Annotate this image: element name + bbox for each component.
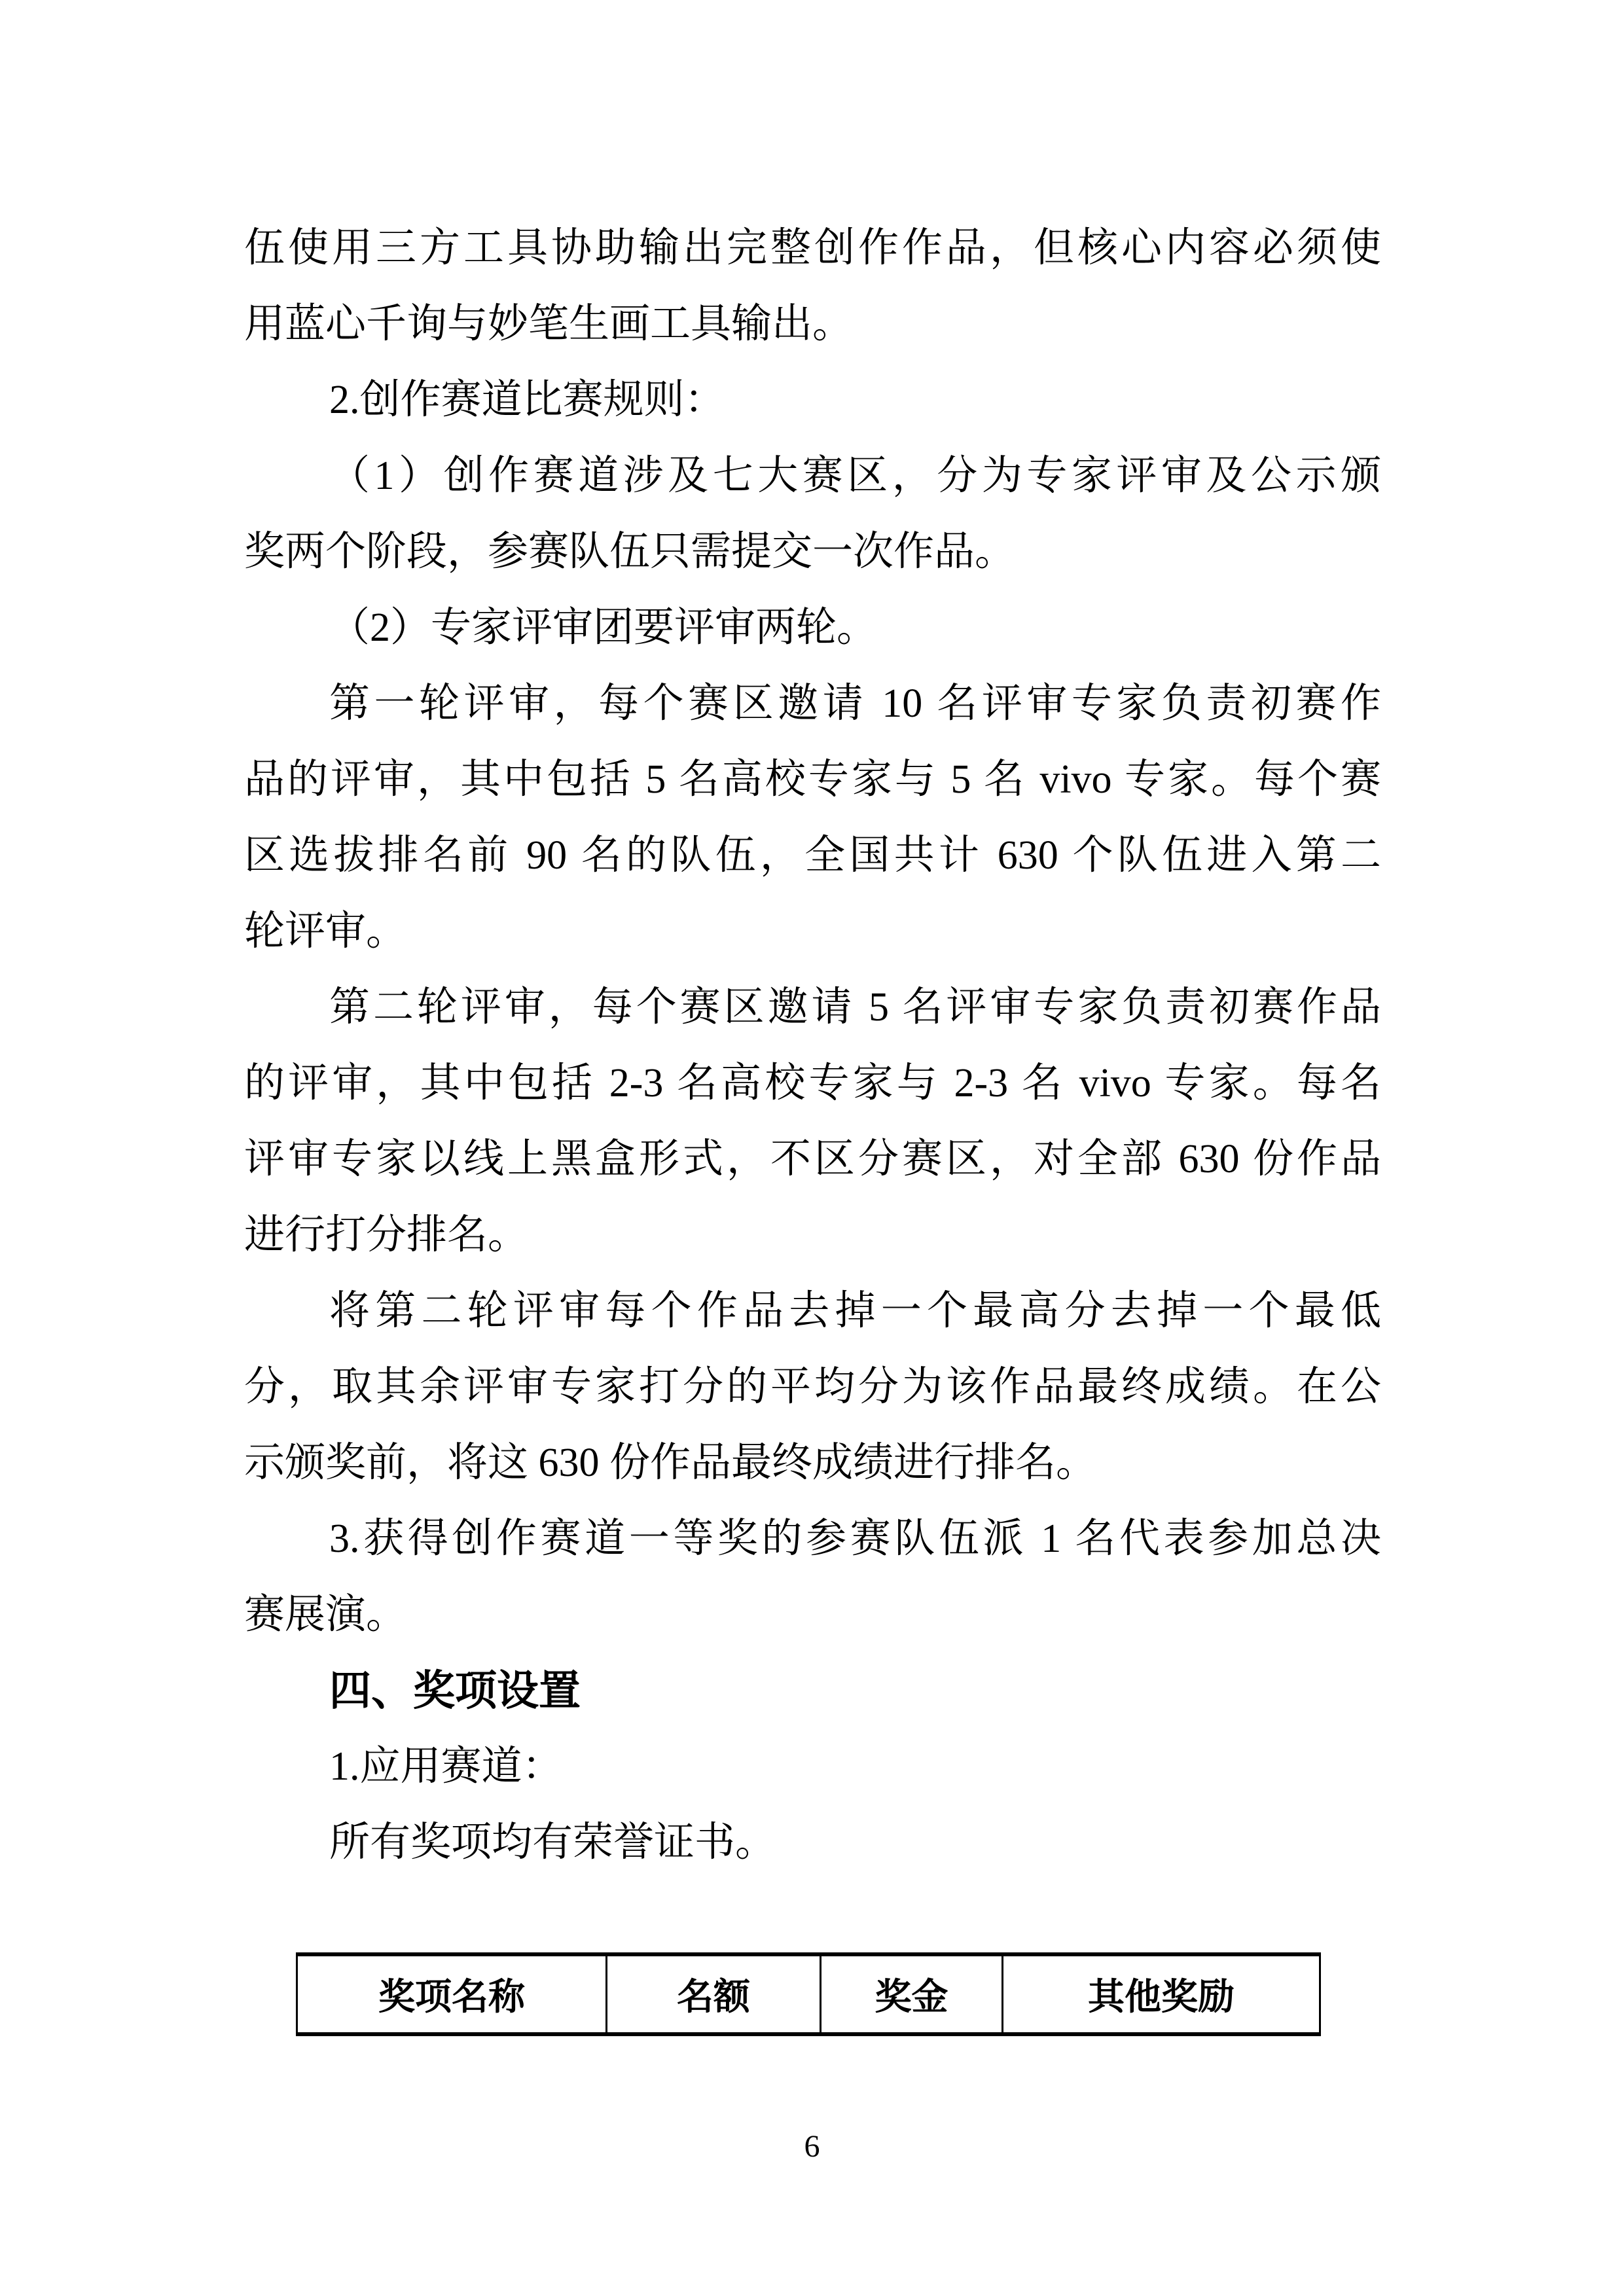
text-line: 所有奖项均有荣誉证书。 bbox=[244, 1804, 1381, 1880]
text-line: 用蓝心千询与妙笔生画工具输出。 bbox=[244, 286, 1381, 362]
text-line: 3.获得创作赛道一等奖的参赛队伍派 1 名代表参加总决 bbox=[244, 1501, 1381, 1577]
text-line: 分，取其余评审专家打分的平均分为该作品最终成绩。在公 bbox=[244, 1349, 1381, 1425]
text-line: 将第二轮评审每个作品去掉一个最高分去掉一个最低 bbox=[244, 1273, 1381, 1349]
text-line: 伍使用三方工具协助输出完整创作作品，但核心内容必须使 bbox=[244, 210, 1381, 286]
text-line: 赛展演。 bbox=[244, 1577, 1381, 1653]
text-line: 轮评审。 bbox=[244, 893, 1381, 969]
column-header-prize-money: 奖金 bbox=[821, 1954, 1003, 2034]
text-line: 2.创作赛道比赛规则： bbox=[244, 362, 1381, 438]
text-line: 进行打分排名。 bbox=[244, 1197, 1381, 1273]
page-number: 6 bbox=[0, 2128, 1624, 2164]
text-line: （2）专家评审团要评审两轮。 bbox=[244, 590, 1381, 666]
document-page: 伍使用三方工具协助输出完整创作作品，但核心内容必须使用蓝心千询与妙笔生画工具输出… bbox=[0, 0, 1624, 2296]
body-text: 伍使用三方工具协助输出完整创作作品，但核心内容必须使用蓝心千询与妙笔生画工具输出… bbox=[244, 210, 1381, 1880]
text-line: 的评审，其中包括 2-3 名高校专家与 2-3 名 vivo 专家。每名 bbox=[244, 1045, 1381, 1121]
column-header-other-rewards: 其他奖励 bbox=[1003, 1954, 1320, 2034]
text-line: 区选拔排名前 90 名的队伍，全国共计 630 个队伍进入第二 bbox=[244, 817, 1381, 893]
text-line: 奖两个阶段，参赛队伍只需提交一次作品。 bbox=[244, 514, 1381, 590]
awards-table: 奖项名称 名额 奖金 其他奖励 bbox=[296, 1952, 1321, 2036]
text-line: 示颁奖前，将这 630 份作品最终成绩进行排名。 bbox=[244, 1425, 1381, 1501]
text-line: 品的评审，其中包括 5 名高校专家与 5 名 vivo 专家。每个赛 bbox=[244, 742, 1381, 817]
text-line: （1）创作赛道涉及七大赛区，分为专家评审及公示颁 bbox=[244, 438, 1381, 514]
text-line: 第二轮评审，每个赛区邀请 5 名评审专家负责初赛作品 bbox=[244, 969, 1381, 1045]
text-line: 第一轮评审，每个赛区邀请 10 名评审专家负责初赛作 bbox=[244, 666, 1381, 742]
column-header-quota: 名额 bbox=[607, 1954, 821, 2034]
awards-table-header-row: 奖项名称 名额 奖金 其他奖励 bbox=[297, 1954, 1320, 2034]
text-line: 评审专家以线上黑盒形式，不区分赛区，对全部 630 份作品 bbox=[244, 1121, 1381, 1197]
text-line: 1.应用赛道： bbox=[244, 1729, 1381, 1804]
section-heading: 四、奖项设置 bbox=[244, 1653, 1381, 1729]
column-header-award-name: 奖项名称 bbox=[297, 1954, 607, 2034]
